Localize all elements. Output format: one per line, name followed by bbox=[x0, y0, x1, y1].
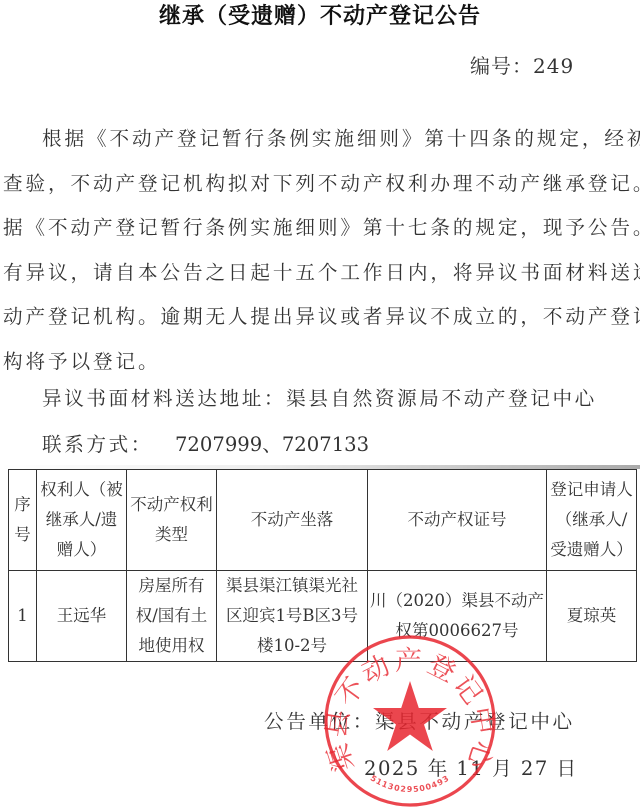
table-row: 1 王远华 房屋所有权/国有土地使用权 渠县渠江镇渠光社区迎宾1号B区3号楼10… bbox=[9, 571, 637, 662]
notice-date: 2025 年 11 月 27 日 bbox=[364, 752, 578, 781]
header-index: 序号 bbox=[9, 470, 37, 571]
table-header-row: 序号 权利人（被继承人/遗赠人） 不动产权利类型 不动产坐落 不动产权证号 登记… bbox=[9, 470, 637, 571]
header-location: 不动产坐落 bbox=[217, 470, 368, 571]
header-right-holder: 权利人（被继承人/遗赠人） bbox=[37, 470, 127, 571]
issuer-label: 公告单位： bbox=[264, 710, 375, 733]
paragraph-line: 查验，不动产登记机构拟对下列不动产权利办理不动产继承登记。根 bbox=[3, 162, 639, 207]
paragraph-line: 有异议，请自本公告之日起十五个工作日内，将异议书面材料送达不 bbox=[3, 251, 639, 296]
paragraph-line: 构将予以登记。 bbox=[3, 340, 639, 385]
header-right-type: 不动产权利类型 bbox=[127, 470, 217, 571]
issuer-value: 渠县不动产登记中心 bbox=[375, 710, 575, 733]
document-number-label: 编号： bbox=[470, 54, 533, 78]
document-number: 编号：249 bbox=[470, 50, 574, 79]
objection-address: 异议书面材料送达地址：渠县自然资源局不动产登记中心 bbox=[42, 382, 597, 411]
cell-index: 1 bbox=[9, 571, 37, 662]
registration-table: 序号 权利人（被继承人/遗赠人） 不动产权利类型 不动产坐落 不动产权证号 登记… bbox=[8, 469, 637, 662]
contact-label: 联系方式： bbox=[42, 433, 153, 456]
objection-address-label: 异议书面材料送达地址： bbox=[42, 387, 286, 410]
objection-address-value: 渠县自然资源局不动产登记中心 bbox=[286, 387, 597, 410]
header-certificate-no: 不动产权证号 bbox=[368, 470, 547, 571]
contact-info: 联系方式：7207999、7207133 bbox=[42, 428, 369, 457]
issuer: 公告单位：渠县不动产登记中心 bbox=[264, 705, 575, 734]
contact-phone-numbers: 7207999、7207133 bbox=[175, 433, 369, 456]
cell-location: 渠县渠江镇渠光社区迎宾1号B区3号楼10-2号 bbox=[217, 571, 368, 662]
notice-body-paragraph: 根据《不动产登记暂行条例实施细则》第十四条的规定，经初步 查验，不动产登记机构拟… bbox=[3, 117, 639, 384]
notice-title: 继承（受遗赠）不动产登记公告 bbox=[0, 2, 640, 32]
paragraph-line: 据《不动产登记暂行条例实施细则》第十七条的规定，现予公告。如 bbox=[3, 206, 639, 251]
cell-right-type: 房屋所有权/国有土地使用权 bbox=[127, 571, 217, 662]
document-number-value: 249 bbox=[533, 54, 574, 78]
cell-right-holder: 王远华 bbox=[37, 571, 127, 662]
header-applicant: 登记申请人（继承人/受遗赠人） bbox=[547, 470, 637, 571]
cell-applicant: 夏琼英 bbox=[547, 571, 637, 662]
paragraph-line: 根据《不动产登记暂行条例实施细则》第十四条的规定，经初步 bbox=[3, 117, 639, 162]
cell-certificate-no: 川（2020）渠县不动产权第0006627号 bbox=[368, 571, 547, 662]
paragraph-line: 动产登记机构。逾期无人提出异议或者异议不成立的，不动产登记机 bbox=[3, 295, 639, 340]
